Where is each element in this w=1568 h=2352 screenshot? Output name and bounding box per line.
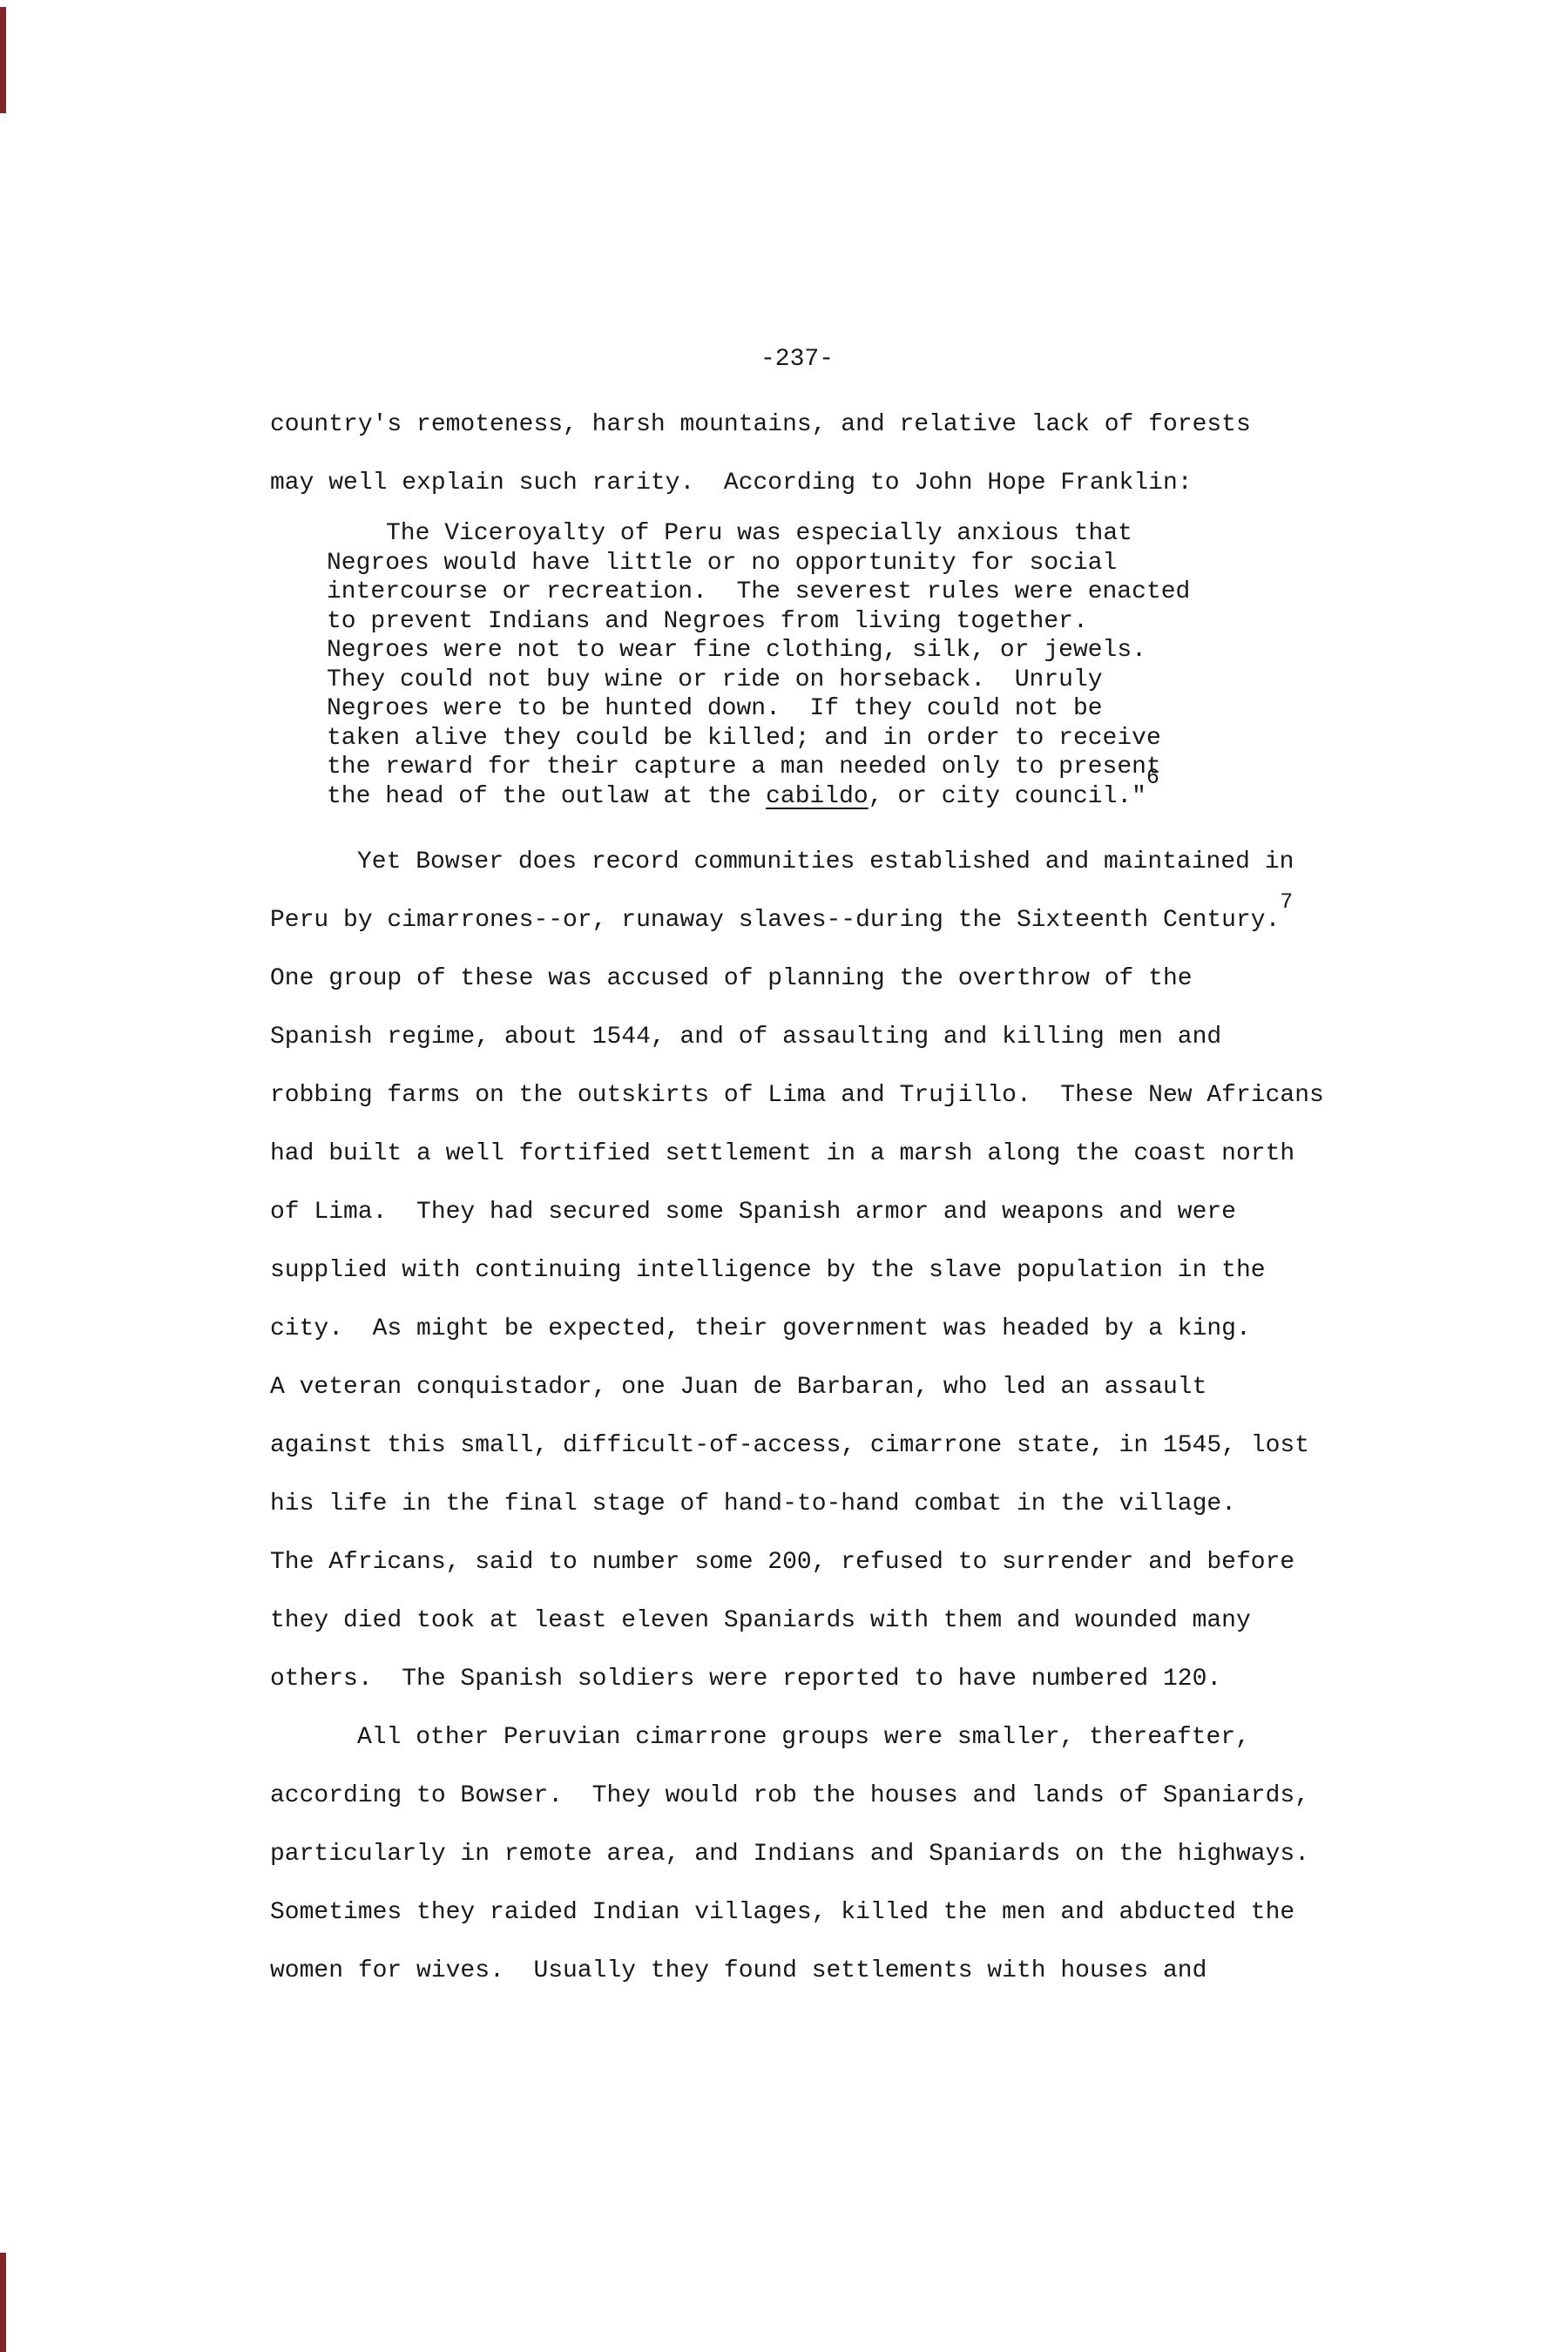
text-line: others. The Spanish soldiers were report… (270, 1650, 1385, 1708)
text-line: robbing farms on the outskirts of Lima a… (270, 1066, 1385, 1125)
text-line: against this small, difficult-of-access,… (270, 1416, 1385, 1475)
text-line: city. As might be expected, their govern… (270, 1300, 1385, 1358)
text-line: country's remoteness, harsh mountains, a… (270, 395, 1385, 454)
quote-line: Negroes would have little or no opportun… (327, 549, 1385, 578)
text-line: women for wives. Usually they found sett… (270, 1942, 1385, 2000)
text-line: his life in the final stage of hand-to-h… (270, 1475, 1385, 1533)
text-line: The Africans, said to number some 200, r… (270, 1533, 1385, 1592)
text-segment: Peru by cimarrones--or, runaway slaves--… (270, 907, 1280, 934)
quote-line: They could not buy wine or ride on horse… (327, 666, 1385, 695)
quote-line: Negroes were to be hunted down. If they … (327, 694, 1385, 724)
text-line: Peru by cimarrones--or, runaway slaves--… (270, 891, 1385, 950)
quote-line: The Viceroyalty of Peru was especially a… (327, 519, 1385, 549)
page-number: -237- (0, 347, 1568, 373)
text-line: according to Bowser. They would rob the … (270, 1767, 1385, 1825)
text-line: One group of these was accused of planni… (270, 950, 1385, 1008)
quote-line: the reward for their capture a man neede… (327, 753, 1385, 782)
scan-mark-top-left (0, 7, 6, 113)
quote-line: Negroes were not to wear fine clothing, … (327, 636, 1385, 666)
block-quote: The Viceroyalty of Peru was especially a… (327, 519, 1385, 811)
text-line: may well explain such rarity. According … (270, 454, 1385, 512)
text-line: Yet Bowser does record communities estab… (270, 833, 1385, 891)
text-line: A veteran conquistador, one Juan de Barb… (270, 1358, 1385, 1416)
text-line: particularly in remote area, and Indians… (270, 1825, 1385, 1883)
text-line: they died took at least eleven Spaniards… (270, 1592, 1385, 1650)
scan-mark-bottom-left (0, 2253, 6, 2352)
underlined-term-cabildo: cabildo (766, 783, 868, 810)
footnote-reference-6: 6 (1146, 766, 1159, 790)
footnote-reference-7: 7 (1280, 890, 1293, 915)
text-line: supplied with continuing intelligence by… (270, 1241, 1385, 1300)
quote-text-segment: the head of the outlaw at the (327, 783, 766, 810)
quote-line: taken alive they could be killed; and in… (327, 724, 1385, 754)
text-block: country's remoteness, harsh mountains, a… (270, 395, 1385, 2000)
text-line: Spanish regime, about 1544, and of assau… (270, 1008, 1385, 1066)
quote-text-segment: , or city council." (868, 783, 1146, 810)
text-line: Sometimes they raided Indian villages, k… (270, 1883, 1385, 1942)
document-page: -237- country's remoteness, harsh mounta… (0, 0, 1568, 2352)
text-line: All other Peruvian cimarrone groups were… (270, 1708, 1385, 1767)
text-line: had built a well fortified settlement in… (270, 1125, 1385, 1183)
quote-line: to prevent Indians and Negroes from livi… (327, 607, 1385, 637)
quote-line: intercourse or recreation. The severest … (327, 578, 1385, 607)
quote-line: the head of the outlaw at the cabildo, o… (327, 782, 1385, 812)
text-line: of Lima. They had secured some Spanish a… (270, 1183, 1385, 1241)
